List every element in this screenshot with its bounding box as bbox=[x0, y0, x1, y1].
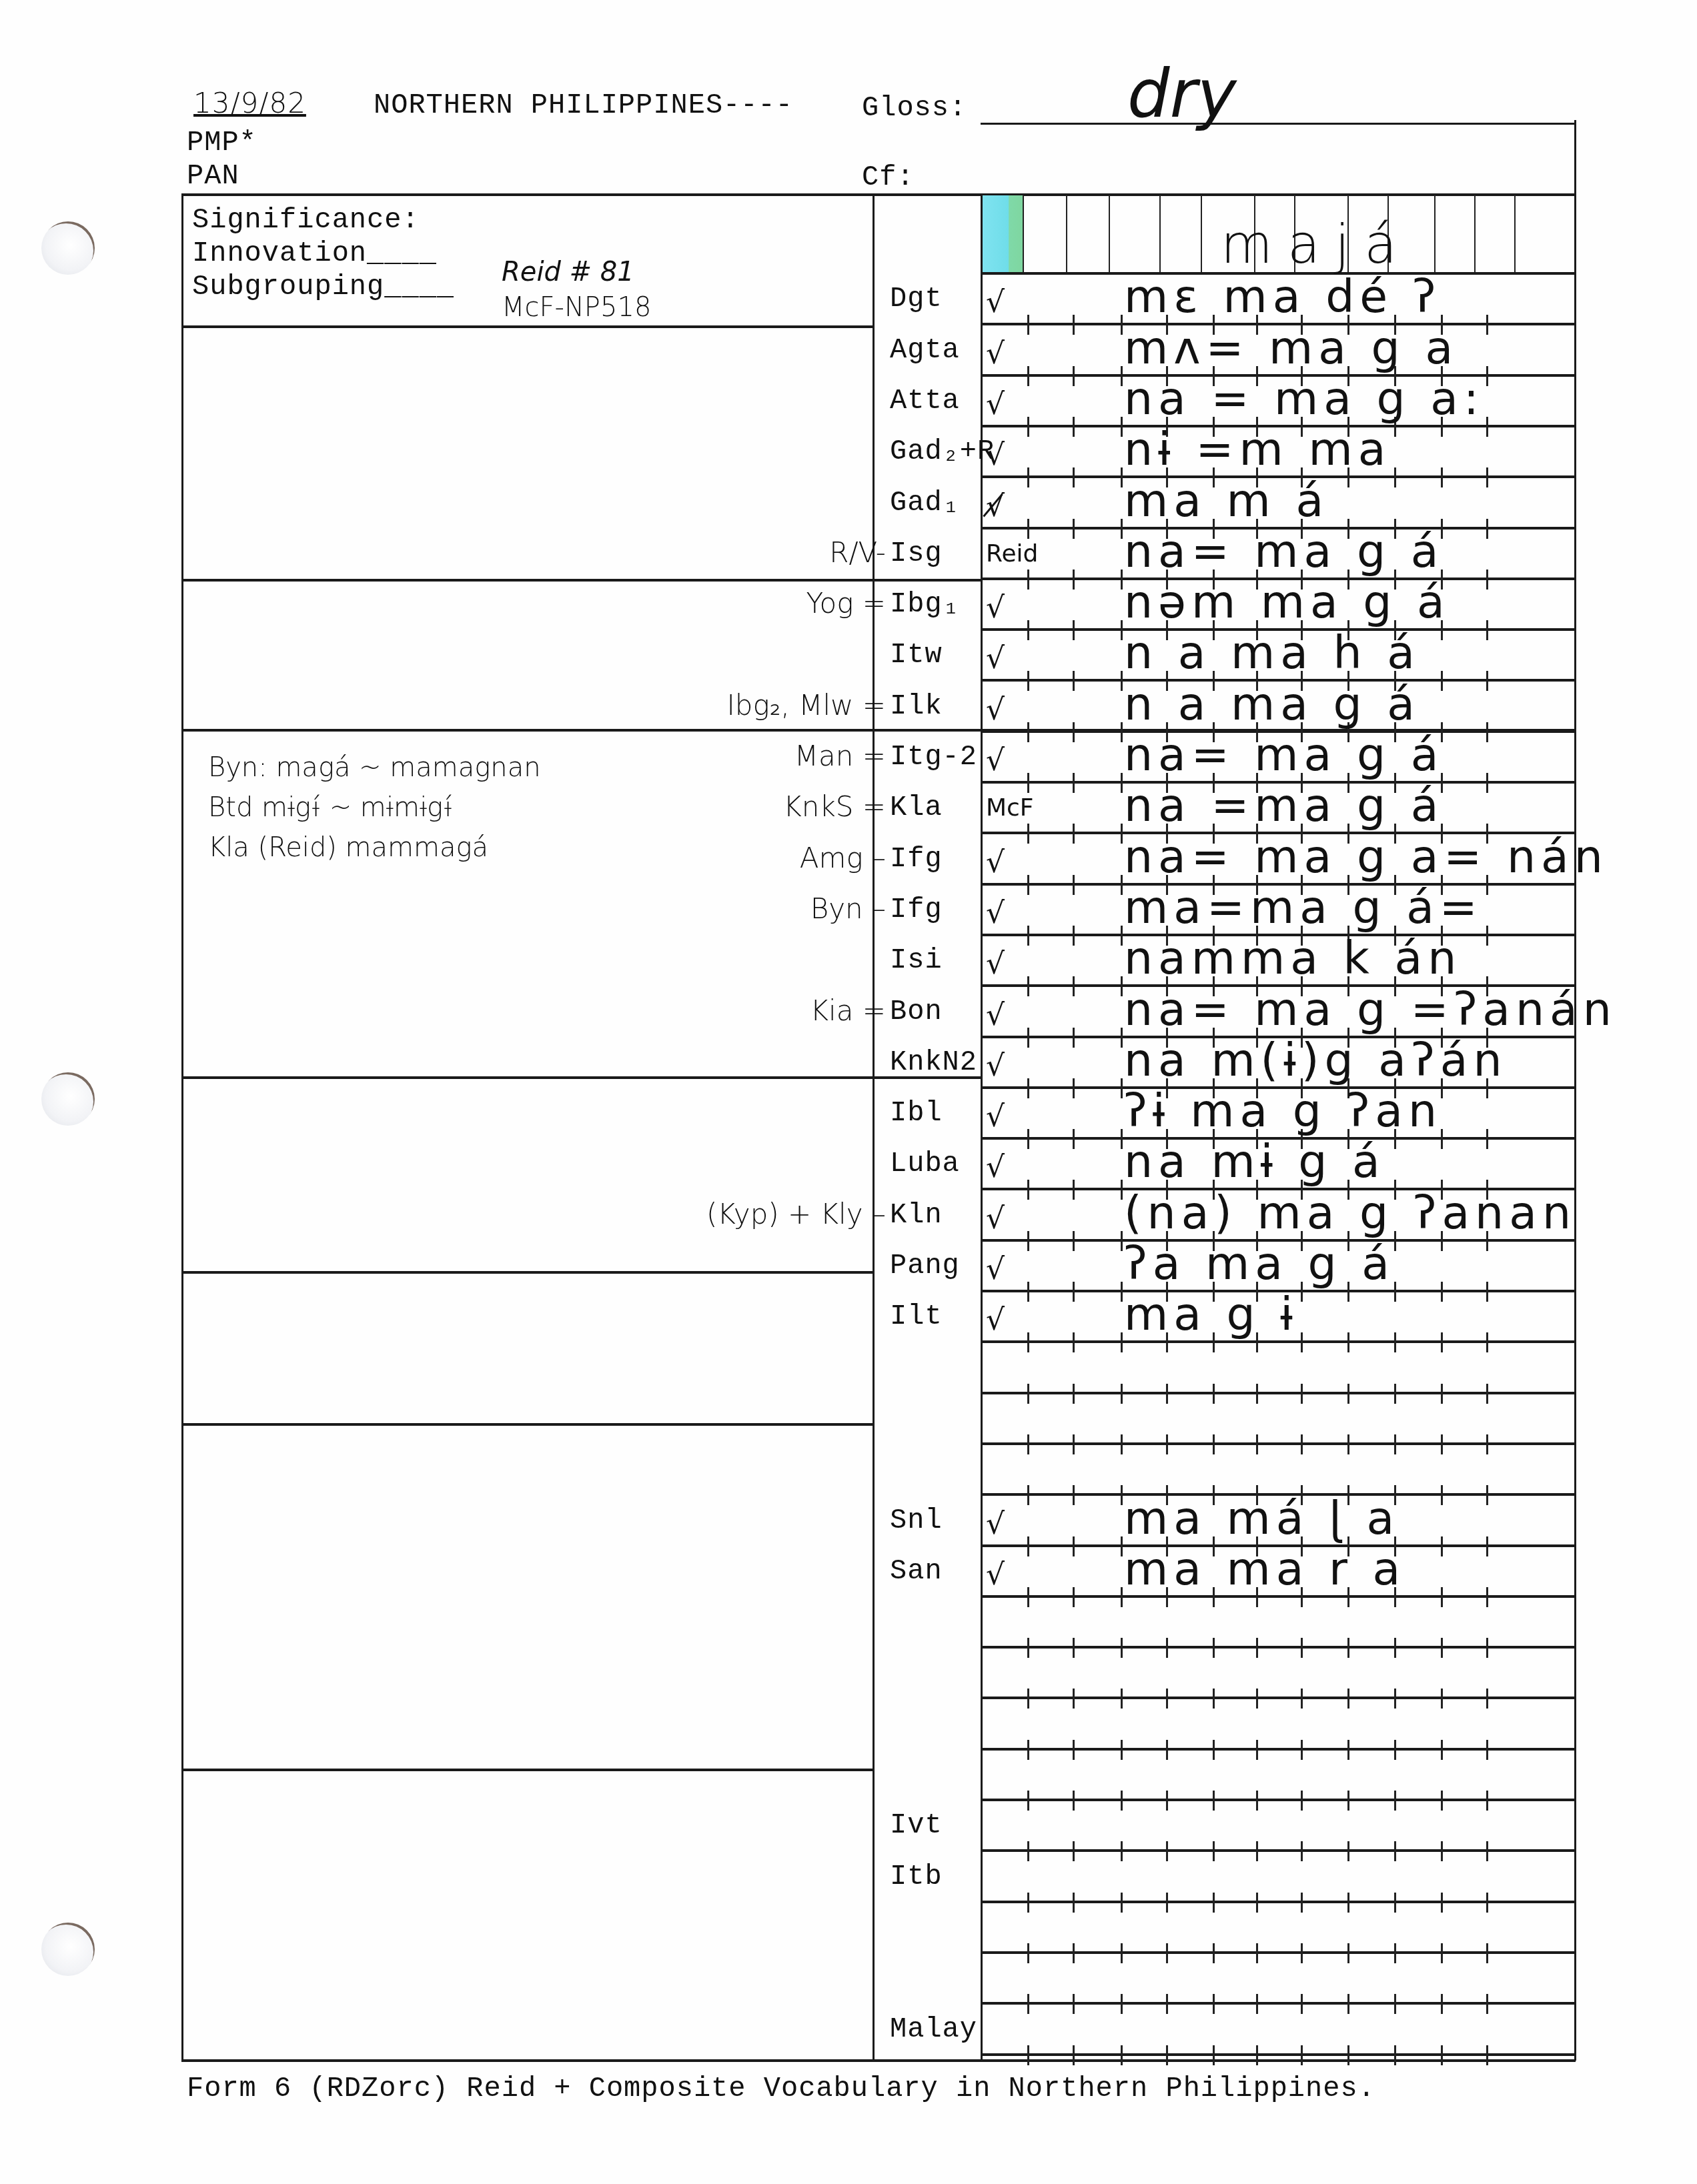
language-label: Ilk bbox=[890, 690, 943, 722]
tick-mark bbox=[1121, 417, 1123, 437]
tick-mark bbox=[1347, 1638, 1349, 1658]
tick-mark bbox=[1121, 1841, 1123, 1861]
tick-mark bbox=[1256, 1638, 1258, 1658]
tick-mark bbox=[1441, 1434, 1443, 1454]
cell-divider bbox=[1434, 195, 1436, 273]
note-line: Byn: magá ~ mamagnan bbox=[208, 752, 541, 783]
tick-mark bbox=[1027, 671, 1029, 691]
tick-mark bbox=[1121, 1231, 1123, 1251]
tick-mark bbox=[1256, 1434, 1258, 1454]
language-label: Snl bbox=[890, 1504, 943, 1536]
frame-right bbox=[1574, 120, 1576, 2061]
tick-mark bbox=[1486, 1943, 1488, 1963]
tick-mark bbox=[1073, 875, 1075, 895]
tick-mark bbox=[1301, 1384, 1303, 1404]
tick-mark bbox=[1121, 467, 1123, 487]
value-column-divider bbox=[981, 193, 983, 2061]
reflex-form: namma k án bbox=[1124, 932, 1462, 985]
tick-mark bbox=[1027, 1689, 1029, 1709]
tick-mark bbox=[1486, 1536, 1488, 1556]
language-label: Kla bbox=[890, 792, 943, 824]
tick-mark bbox=[1213, 1841, 1215, 1861]
tick-mark bbox=[1121, 671, 1123, 691]
punch-hole-bottom bbox=[41, 1923, 95, 1976]
tick-mark bbox=[1027, 1384, 1029, 1404]
tick-mark bbox=[1347, 1791, 1349, 1811]
tick-mark bbox=[1121, 1180, 1123, 1200]
tick-mark bbox=[1256, 1994, 1258, 2014]
date: 13/9/82 bbox=[193, 87, 306, 119]
reflex-form: nəm ma g á bbox=[1124, 576, 1450, 629]
tick-mark bbox=[1486, 467, 1488, 487]
tick-mark bbox=[1073, 1384, 1075, 1404]
tick-mark bbox=[1027, 1587, 1029, 1607]
reflex-form: ʔa ma g á bbox=[1124, 1238, 1395, 1290]
language-label: Gad₂+R bbox=[890, 435, 995, 467]
language-label: Itg-2 bbox=[890, 741, 977, 773]
tick-mark bbox=[1027, 620, 1029, 640]
tick-mark bbox=[1166, 1638, 1168, 1658]
tick-mark bbox=[1256, 1841, 1258, 1861]
tick-mark bbox=[1486, 773, 1488, 793]
tick-mark bbox=[1027, 1028, 1029, 1048]
gloss-label: Gloss: bbox=[862, 92, 967, 124]
cell-divider bbox=[1514, 195, 1516, 273]
tick-mark bbox=[1073, 1485, 1075, 1505]
reflex-form: n a ma h á bbox=[1124, 627, 1420, 680]
check-mark: √ bbox=[986, 1202, 1005, 1236]
reflex-form: na= ma g =ʔanán bbox=[1124, 984, 1617, 1036]
tick-mark bbox=[1121, 366, 1123, 386]
tick-mark bbox=[1394, 467, 1396, 487]
tick-mark bbox=[1486, 722, 1488, 742]
tick-mark bbox=[1166, 1689, 1168, 1709]
check-mark: √ bbox=[986, 337, 1005, 371]
reflex-form: ma g ɨ bbox=[1124, 1288, 1298, 1341]
check-mark: √ bbox=[986, 1150, 1005, 1184]
reference-reid: Reid # 81 bbox=[502, 257, 634, 287]
tick-mark bbox=[1073, 417, 1075, 437]
tick-mark bbox=[1486, 1638, 1488, 1658]
tick-mark bbox=[1213, 2045, 1215, 2065]
tick-mark bbox=[1166, 1791, 1168, 1811]
check-mark: √ bbox=[986, 846, 1005, 880]
check-mark: √ bbox=[986, 387, 1005, 421]
reflex-form: na= ma g a= nán bbox=[1124, 831, 1608, 884]
tick-mark bbox=[1073, 1638, 1075, 1658]
section-divider bbox=[181, 579, 982, 582]
tick-mark bbox=[1121, 1638, 1123, 1658]
tick-mark bbox=[1256, 2045, 1258, 2065]
tick-mark bbox=[1121, 976, 1123, 996]
tick-mark bbox=[1027, 417, 1029, 437]
reflex-form: na= ma g á bbox=[1124, 525, 1444, 578]
tick-mark bbox=[1121, 1332, 1123, 1352]
section-divider bbox=[181, 1769, 874, 1771]
tick-mark bbox=[1121, 875, 1123, 895]
reflex-form: na =ma g á bbox=[1124, 780, 1444, 832]
language-label: Dgt bbox=[890, 283, 943, 315]
tick-mark bbox=[1441, 1332, 1443, 1352]
tick-mark bbox=[1486, 2045, 1488, 2065]
tick-mark bbox=[1256, 1943, 1258, 1963]
tick-mark bbox=[1166, 1841, 1168, 1861]
tick-mark bbox=[1027, 1078, 1029, 1098]
tick-mark bbox=[1027, 1994, 1029, 2014]
reflex-form: ʔɨ ma g ʔan bbox=[1124, 1085, 1442, 1138]
tick-mark bbox=[1347, 1893, 1349, 1913]
tick-mark bbox=[1301, 2045, 1303, 2065]
tick-mark bbox=[1441, 467, 1443, 487]
tick-mark bbox=[1073, 1587, 1075, 1607]
language-prefix: Man = bbox=[794, 740, 886, 772]
subgrouping-label: Subgrouping____ bbox=[192, 271, 454, 303]
tick-mark bbox=[1073, 2045, 1075, 2065]
reflex-form: ma má ɭ a bbox=[1124, 1492, 1399, 1545]
tick-mark bbox=[1486, 417, 1488, 437]
reflex-form: na = ma g a: bbox=[1124, 373, 1484, 425]
tick-mark bbox=[1256, 1740, 1258, 1760]
tick-mark bbox=[1394, 1434, 1396, 1454]
tick-mark bbox=[1441, 1994, 1443, 2014]
reflex-form: n a ma g á bbox=[1124, 678, 1420, 731]
note-line: Btd mɨgɨ́ ~ mɨmɨgɨ́ bbox=[208, 792, 453, 823]
section-divider bbox=[181, 1423, 874, 1426]
tick-mark bbox=[1347, 1332, 1349, 1352]
language-label: Agta bbox=[890, 334, 960, 366]
check-mark: √ bbox=[986, 1558, 1005, 1592]
check-mark: √ bbox=[986, 896, 1005, 930]
tick-mark bbox=[1027, 519, 1029, 539]
tick-mark bbox=[1027, 315, 1029, 335]
tick-mark bbox=[1121, 620, 1123, 640]
tick-mark bbox=[1486, 671, 1488, 691]
tick-mark bbox=[1394, 1841, 1396, 1861]
gloss-value: dry bbox=[1127, 55, 1237, 133]
tick-mark bbox=[1347, 1994, 1349, 2014]
tick-mark bbox=[1347, 1384, 1349, 1404]
tick-mark bbox=[1166, 1943, 1168, 1963]
tick-mark bbox=[1121, 1994, 1123, 2014]
tick-mark bbox=[1073, 366, 1075, 386]
tick-mark bbox=[1121, 1893, 1123, 1913]
reflex-form: nɨ =m ma bbox=[1124, 423, 1391, 476]
check-mark: √ bbox=[986, 1100, 1005, 1134]
tick-mark bbox=[1486, 926, 1488, 946]
tick-mark bbox=[1213, 1791, 1215, 1811]
tick-mark bbox=[1256, 1384, 1258, 1404]
tick-mark bbox=[1121, 926, 1123, 946]
tick-mark bbox=[1027, 1791, 1029, 1811]
tick-mark bbox=[1301, 1638, 1303, 1658]
tick-mark bbox=[1121, 1384, 1123, 1404]
tick-mark bbox=[1213, 1638, 1215, 1658]
reflex-form: ma ma r a bbox=[1124, 1543, 1405, 1596]
tick-mark bbox=[1121, 1485, 1123, 1505]
label-column-divider bbox=[873, 193, 875, 2061]
tick-mark bbox=[1486, 570, 1488, 590]
tick-mark bbox=[1073, 1689, 1075, 1709]
tick-mark bbox=[1073, 1332, 1075, 1352]
reflex-form: (na) ma g ʔanan bbox=[1124, 1187, 1576, 1240]
tick-mark bbox=[1121, 1282, 1123, 1302]
tick-mark bbox=[1394, 1638, 1396, 1658]
note-line: Kla (Reid) mammagá bbox=[208, 832, 488, 863]
tick-mark bbox=[1073, 722, 1075, 742]
reflex-form: na mɨ g á bbox=[1124, 1136, 1385, 1188]
tick-mark bbox=[1073, 1282, 1075, 1302]
tick-mark bbox=[1027, 1536, 1029, 1556]
tick-mark bbox=[1166, 1994, 1168, 2014]
tick-mark bbox=[1394, 1689, 1396, 1709]
tick-mark bbox=[1121, 1078, 1123, 1098]
tick-mark bbox=[1347, 1434, 1349, 1454]
tick-mark bbox=[1027, 1332, 1029, 1352]
tick-mark bbox=[1027, 1893, 1029, 1913]
tick-mark bbox=[1073, 824, 1075, 844]
tick-mark bbox=[1486, 1893, 1488, 1913]
tick-mark bbox=[1441, 1587, 1443, 1607]
reflex-form: na= ma g á bbox=[1124, 729, 1444, 782]
tick-mark bbox=[1486, 1689, 1488, 1709]
check-mark: √ bbox=[986, 1507, 1005, 1541]
tick-mark bbox=[1027, 1231, 1029, 1251]
language-prefix: Kia = bbox=[810, 994, 887, 1027]
section-divider bbox=[181, 325, 874, 328]
language-label: Ibl bbox=[890, 1097, 943, 1129]
tick-mark bbox=[1301, 1434, 1303, 1454]
tick-mark bbox=[1394, 1740, 1396, 1760]
tick-mark bbox=[1027, 773, 1029, 793]
tick-mark bbox=[1027, 1943, 1029, 1963]
punch-hole-top bbox=[41, 221, 95, 275]
form-footer: Form 6 (RDZorc) Reid + Composite Vocabul… bbox=[187, 2073, 1375, 2105]
tick-mark bbox=[1073, 519, 1075, 539]
tick-mark bbox=[1121, 722, 1123, 742]
tick-mark bbox=[1027, 1638, 1029, 1658]
tick-mark bbox=[1486, 1994, 1488, 2014]
tick-mark bbox=[1486, 1332, 1488, 1352]
reconstruction: majá bbox=[1221, 213, 1411, 275]
tick-mark bbox=[1027, 875, 1029, 895]
tick-mark bbox=[1073, 1231, 1075, 1251]
tick-mark bbox=[1301, 1841, 1303, 1861]
language-label: Ilt bbox=[890, 1300, 943, 1332]
tick-mark bbox=[1027, 1434, 1029, 1454]
tick-mark bbox=[1301, 1943, 1303, 1963]
tick-mark bbox=[1394, 1994, 1396, 2014]
language-label: Pang bbox=[890, 1250, 960, 1282]
tick-mark bbox=[1486, 366, 1488, 386]
tick-mark bbox=[1073, 1994, 1075, 2014]
tick-mark bbox=[1394, 1943, 1396, 1963]
tick-mark bbox=[1394, 1893, 1396, 1913]
tick-mark bbox=[1213, 1943, 1215, 1963]
tick-mark bbox=[1073, 1129, 1075, 1149]
tick-mark bbox=[1441, 1485, 1443, 1505]
tick-mark bbox=[1213, 1994, 1215, 2014]
tick-mark bbox=[1073, 976, 1075, 996]
language-label: Isg bbox=[890, 537, 943, 570]
language-label: Isi bbox=[890, 944, 943, 976]
tick-mark bbox=[1394, 1384, 1396, 1404]
tick-mark bbox=[1027, 926, 1029, 946]
punch-hole-middle bbox=[41, 1072, 95, 1126]
tick-mark bbox=[1441, 1791, 1443, 1811]
reflex-form: ma=ma g á= bbox=[1124, 882, 1483, 934]
tick-mark bbox=[1441, 2045, 1443, 2065]
tick-mark bbox=[1121, 773, 1123, 793]
tick-mark bbox=[1486, 1129, 1488, 1149]
tick-mark bbox=[1121, 1740, 1123, 1760]
tick-mark bbox=[1027, 1740, 1029, 1760]
language-label: Kln bbox=[890, 1199, 943, 1231]
tick-mark bbox=[1441, 1740, 1443, 1760]
language-label: Ivt bbox=[890, 1809, 943, 1841]
innovation-label: Innovation____ bbox=[192, 237, 437, 269]
tick-mark bbox=[1121, 1689, 1123, 1709]
language-prefix: R/V- bbox=[829, 536, 886, 569]
tick-mark bbox=[1441, 1689, 1443, 1709]
tick-mark bbox=[1027, 467, 1029, 487]
significance-title: Significance: bbox=[192, 204, 420, 236]
tick-mark bbox=[1027, 976, 1029, 996]
tick-mark bbox=[1027, 1282, 1029, 1302]
cell-divider bbox=[1023, 195, 1024, 273]
tick-mark bbox=[1486, 1282, 1488, 1302]
tick-mark bbox=[1121, 1791, 1123, 1811]
tick-mark bbox=[1441, 1893, 1443, 1913]
tick-mark bbox=[1166, 1893, 1168, 1913]
cf-label: Cf: bbox=[862, 161, 915, 193]
tick-mark bbox=[1213, 1384, 1215, 1404]
language-prefix: Amg – bbox=[800, 842, 886, 874]
frame-top bbox=[181, 193, 1576, 196]
tick-mark bbox=[1027, 570, 1029, 590]
reflex-form: na m(ɨ)g aʔán bbox=[1124, 1034, 1508, 1087]
tick-mark bbox=[1121, 1536, 1123, 1556]
language-label: San bbox=[890, 1555, 943, 1587]
tick-mark bbox=[1027, 1485, 1029, 1505]
tick-mark bbox=[1213, 1434, 1215, 1454]
tick-mark bbox=[1213, 1689, 1215, 1709]
check-mark: √ bbox=[986, 642, 1005, 676]
tick-mark bbox=[1486, 1841, 1488, 1861]
language-prefix: KnkS = bbox=[783, 790, 886, 823]
region-title: NORTHERN PHILIPPINES---- bbox=[374, 89, 793, 121]
tick-mark bbox=[1073, 315, 1075, 335]
check-mark: √ bbox=[986, 744, 1005, 778]
frame-bottom bbox=[181, 2059, 1576, 2062]
cell-divider bbox=[1109, 195, 1110, 273]
tick-mark bbox=[1121, 1129, 1123, 1149]
pmp-label: PMP* bbox=[187, 127, 257, 159]
tick-mark bbox=[1301, 1893, 1303, 1913]
tick-mark bbox=[1121, 1028, 1123, 1048]
tick-mark bbox=[1486, 1384, 1488, 1404]
tick-mark bbox=[1486, 1587, 1488, 1607]
tick-mark bbox=[1301, 1791, 1303, 1811]
tick-mark bbox=[1073, 620, 1075, 640]
tick-mark bbox=[1213, 1740, 1215, 1760]
tick-mark bbox=[1073, 1536, 1075, 1556]
tick-mark bbox=[1486, 1434, 1488, 1454]
tick-mark bbox=[1027, 1129, 1029, 1149]
check-mark: √ bbox=[986, 1252, 1005, 1286]
cell-divider bbox=[1159, 195, 1161, 273]
language-prefix: Yog = bbox=[806, 587, 886, 620]
tick-mark bbox=[1166, 1740, 1168, 1760]
check-mark: √ bbox=[986, 1303, 1005, 1337]
tick-mark bbox=[1213, 1893, 1215, 1913]
tick-mark bbox=[1256, 1791, 1258, 1811]
check-mark: √̸ bbox=[986, 489, 1005, 523]
language-label: Luba bbox=[890, 1148, 960, 1180]
section-divider bbox=[181, 1076, 982, 1079]
language-label: Ifg bbox=[890, 843, 943, 875]
check-mark: √ bbox=[986, 438, 1005, 472]
tick-mark bbox=[1027, 722, 1029, 742]
tick-mark bbox=[1166, 2045, 1168, 2065]
check-mark: √ bbox=[986, 693, 1005, 727]
tick-mark bbox=[1166, 1384, 1168, 1404]
tick-mark bbox=[1347, 1841, 1349, 1861]
reflex-form: ma m á bbox=[1124, 475, 1329, 527]
tick-mark bbox=[1073, 926, 1075, 946]
language-label: Gad₁ bbox=[890, 487, 960, 519]
tick-mark bbox=[1073, 1893, 1075, 1913]
frame-left bbox=[181, 193, 183, 2061]
tick-mark bbox=[1486, 315, 1488, 335]
tick-mark bbox=[1073, 671, 1075, 691]
tick-mark bbox=[1394, 2045, 1396, 2065]
tick-mark bbox=[1394, 1791, 1396, 1811]
tick-mark bbox=[1027, 1180, 1029, 1200]
tick-mark bbox=[1486, 1740, 1488, 1760]
tick-mark bbox=[1441, 671, 1443, 691]
language-label: KnkN2 bbox=[890, 1046, 977, 1078]
check-mark: √ bbox=[986, 591, 1005, 625]
tick-mark bbox=[1073, 1078, 1075, 1098]
check-mark: √ bbox=[986, 1049, 1005, 1083]
language-prefix: Ibg₂, Mlw = bbox=[726, 689, 886, 722]
tick-mark bbox=[1121, 570, 1123, 590]
cell-divider bbox=[1201, 195, 1202, 273]
tick-mark bbox=[1027, 1841, 1029, 1861]
reference-mcf: McF-NP518 bbox=[502, 292, 651, 323]
tick-mark bbox=[1073, 570, 1075, 590]
tick-mark bbox=[1347, 1689, 1349, 1709]
tick-mark bbox=[1166, 1434, 1168, 1454]
tick-mark bbox=[1121, 519, 1123, 539]
check-mark: √ bbox=[986, 947, 1005, 981]
check-mark: √ bbox=[986, 998, 1005, 1032]
tick-mark bbox=[1121, 1943, 1123, 1963]
language-prefix: Byn – bbox=[810, 892, 886, 925]
gloss-underline bbox=[981, 123, 1574, 125]
language-label: Ifg bbox=[890, 894, 943, 926]
tick-mark bbox=[1441, 1638, 1443, 1658]
tick-mark bbox=[1073, 1841, 1075, 1861]
tick-mark bbox=[1121, 315, 1123, 335]
tick-mark bbox=[1347, 1943, 1349, 1963]
tick-mark bbox=[1486, 1791, 1488, 1811]
tick-mark bbox=[1073, 1434, 1075, 1454]
tick-mark bbox=[1073, 1180, 1075, 1200]
tick-mark bbox=[1347, 1740, 1349, 1760]
tick-mark bbox=[1073, 1943, 1075, 1963]
tick-mark bbox=[1441, 1384, 1443, 1404]
